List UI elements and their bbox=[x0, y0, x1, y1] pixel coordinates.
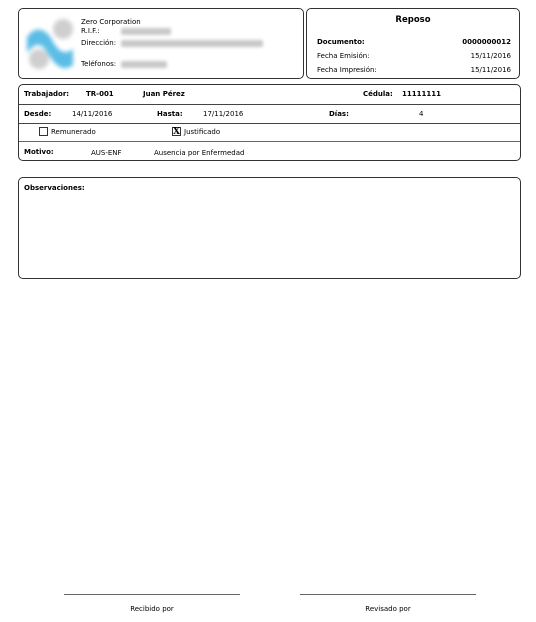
justified-label: Justificado bbox=[184, 128, 220, 137]
address-label: Dirección: bbox=[81, 39, 116, 48]
reviewed-by-label: Revisado por bbox=[300, 605, 476, 614]
to-date: 17/11/2016 bbox=[203, 110, 243, 119]
phones-label: Teléfonos: bbox=[81, 60, 116, 69]
reason-label: Motivo: bbox=[24, 148, 54, 157]
row-divider bbox=[19, 141, 520, 142]
days-value: 4 bbox=[419, 110, 423, 119]
worker-name: Juan Pérez bbox=[143, 90, 185, 99]
address-value-redacted bbox=[121, 40, 263, 47]
reason-description: Ausencia por Enfermedad bbox=[154, 149, 244, 158]
company-name: Zero Corporation bbox=[81, 18, 141, 27]
worker-label: Trabajador: bbox=[24, 90, 69, 99]
issue-date-label: Fecha Emisión: bbox=[317, 52, 370, 61]
company-header-box: Zero Corporation R.I.F.: Dirección: Telé… bbox=[18, 8, 304, 79]
print-date-label: Fecha Impresión: bbox=[317, 66, 377, 75]
issue-date: 15/11/2016 bbox=[471, 52, 511, 61]
reason-code: AUS-ENF bbox=[91, 149, 122, 158]
from-date: 14/11/2016 bbox=[72, 110, 112, 119]
phones-value-redacted bbox=[121, 61, 167, 68]
details-box: Trabajador: TR-001 Juan Pérez Cédula: 11… bbox=[18, 84, 521, 161]
row-divider bbox=[19, 104, 520, 105]
observations-label: Observaciones: bbox=[24, 184, 85, 193]
received-by-label: Recibido por bbox=[64, 605, 240, 614]
rif-label: R.I.F.: bbox=[81, 27, 100, 36]
received-signature-line bbox=[64, 594, 240, 595]
paid-label: Remunerado bbox=[51, 128, 96, 137]
document-info-box: Reposo Documento: 0000000012 Fecha Emisi… bbox=[306, 8, 520, 79]
document-number-label: Documento: bbox=[317, 38, 365, 47]
days-label: Días: bbox=[329, 110, 349, 119]
document-number: 0000000012 bbox=[462, 38, 511, 47]
from-label: Desde: bbox=[24, 110, 51, 119]
to-label: Hasta: bbox=[157, 110, 183, 119]
reviewed-signature-line bbox=[300, 594, 476, 595]
document-title: Reposo bbox=[307, 16, 519, 25]
print-date: 15/11/2016 bbox=[471, 66, 511, 75]
justified-checkbox[interactable]: X bbox=[172, 127, 181, 136]
paid-checkbox[interactable] bbox=[39, 127, 48, 136]
company-logo-icon bbox=[23, 15, 79, 73]
worker-code: TR-001 bbox=[86, 90, 114, 99]
row-divider bbox=[19, 123, 520, 124]
worker-id-label: Cédula: bbox=[363, 90, 393, 99]
rif-value-redacted bbox=[121, 28, 171, 35]
observations-box: Observaciones: bbox=[18, 177, 521, 279]
worker-id: 11111111 bbox=[402, 90, 441, 99]
